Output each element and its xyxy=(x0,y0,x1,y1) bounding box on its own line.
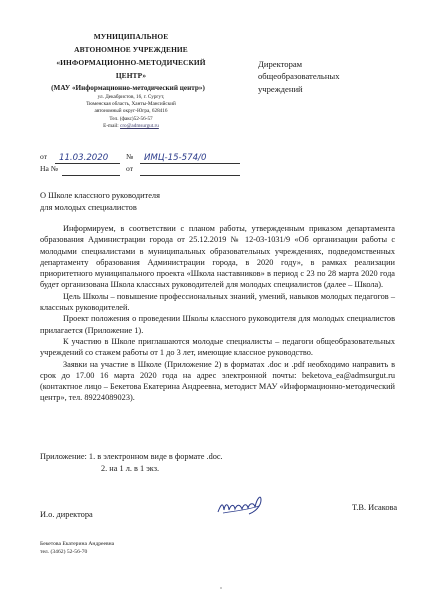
recipient-line-2: общеобразовательных xyxy=(258,70,340,82)
org-name-line-3: «ИНФОРМАЦИОННО-МЕТОДИЧЕСКИЙ xyxy=(40,56,222,69)
number-value: ИМЦ-15-574/0 xyxy=(144,153,206,163)
date-value: 11.03.2020 xyxy=(59,153,108,163)
executor-name: Бекетова Екатерина Андреевна xyxy=(40,540,114,548)
paragraph-goal: Цель Школы – повышение профессиональных … xyxy=(40,291,395,314)
scan-speck xyxy=(220,587,222,589)
recipient-line-1: Директорам xyxy=(258,58,340,70)
reply-from-field xyxy=(140,164,240,176)
org-short-name: (МАУ «Информационно-методический центр») xyxy=(34,83,222,94)
email-link[interactable]: cro@admsurgut.ru xyxy=(120,123,159,129)
annex-item-1: 1. в электронном виде в формате .doc. xyxy=(89,452,223,461)
org-email: E-mail: cro@admsurgut.ru xyxy=(40,123,222,130)
recipient-line-3: учреждений xyxy=(258,83,340,95)
org-name-line-4: ЦЕНТР» xyxy=(40,69,222,82)
paragraph-intro: Информируем, в соответствии с планом раб… xyxy=(40,223,395,291)
annex-item-2: 2. на 1 л. в 1 экз. xyxy=(40,463,223,475)
letterhead: МУНИЦИПАЛЬНОЕ АВТОНОМНОЕ УЧРЕЖДЕНИЕ «ИНФ… xyxy=(40,30,222,130)
subject-line-1: О Школе классного руководителя xyxy=(40,190,160,202)
email-label: E-mail: xyxy=(103,123,119,129)
signatory-name: Т.В. Исакова xyxy=(352,503,397,512)
date-field: 11.03.2020 xyxy=(55,152,120,164)
org-address-3: автономный округ-Югра, 628416 xyxy=(40,108,222,115)
annex-label: Приложение: xyxy=(40,452,87,461)
org-name-line-2: АВТОНОМНОЕ УЧРЕЖДЕНИЕ xyxy=(40,43,222,56)
handwritten-signature-icon xyxy=(215,492,267,518)
registration-block: от 11.03.2020 № ИМЦ-15-574/0 На № от xyxy=(40,152,240,176)
recipient-block: Директорам общеобразовательных учреждени… xyxy=(258,58,340,95)
date-label: от xyxy=(40,152,47,161)
org-phone: Тел. (факс)52-56-57 xyxy=(40,116,222,123)
reply-to-field xyxy=(62,164,120,176)
annex-block: Приложение: 1. в электронном виде в форм… xyxy=(40,451,223,474)
reply-from-label: от xyxy=(126,164,133,173)
paragraph-project: Проект положения о проведении Школы клас… xyxy=(40,313,395,336)
letter-body: Информируем, в соответствии с планом раб… xyxy=(40,223,395,404)
subject-line-2: для молодых специалистов xyxy=(40,202,160,214)
number-field: ИМЦ-15-574/0 xyxy=(140,152,240,164)
paragraph-applications: Заявки на участие в Школе (Приложение 2)… xyxy=(40,359,395,404)
number-label: № xyxy=(126,152,133,161)
executor-block: Бекетова Екатерина Андреевна тел. (3462)… xyxy=(40,540,114,556)
executor-phone: тел. (3462) 52-56-70 xyxy=(40,548,114,556)
letter-subject: О Школе классного руководителя для молод… xyxy=(40,190,160,214)
paragraph-participants: К участию в Школе приглашаются молодые с… xyxy=(40,336,395,359)
signatory-position: И.о. директора xyxy=(40,510,93,519)
reply-to-label: На № xyxy=(40,164,58,173)
org-name-line-1: МУНИЦИПАЛЬНОЕ xyxy=(40,30,222,43)
